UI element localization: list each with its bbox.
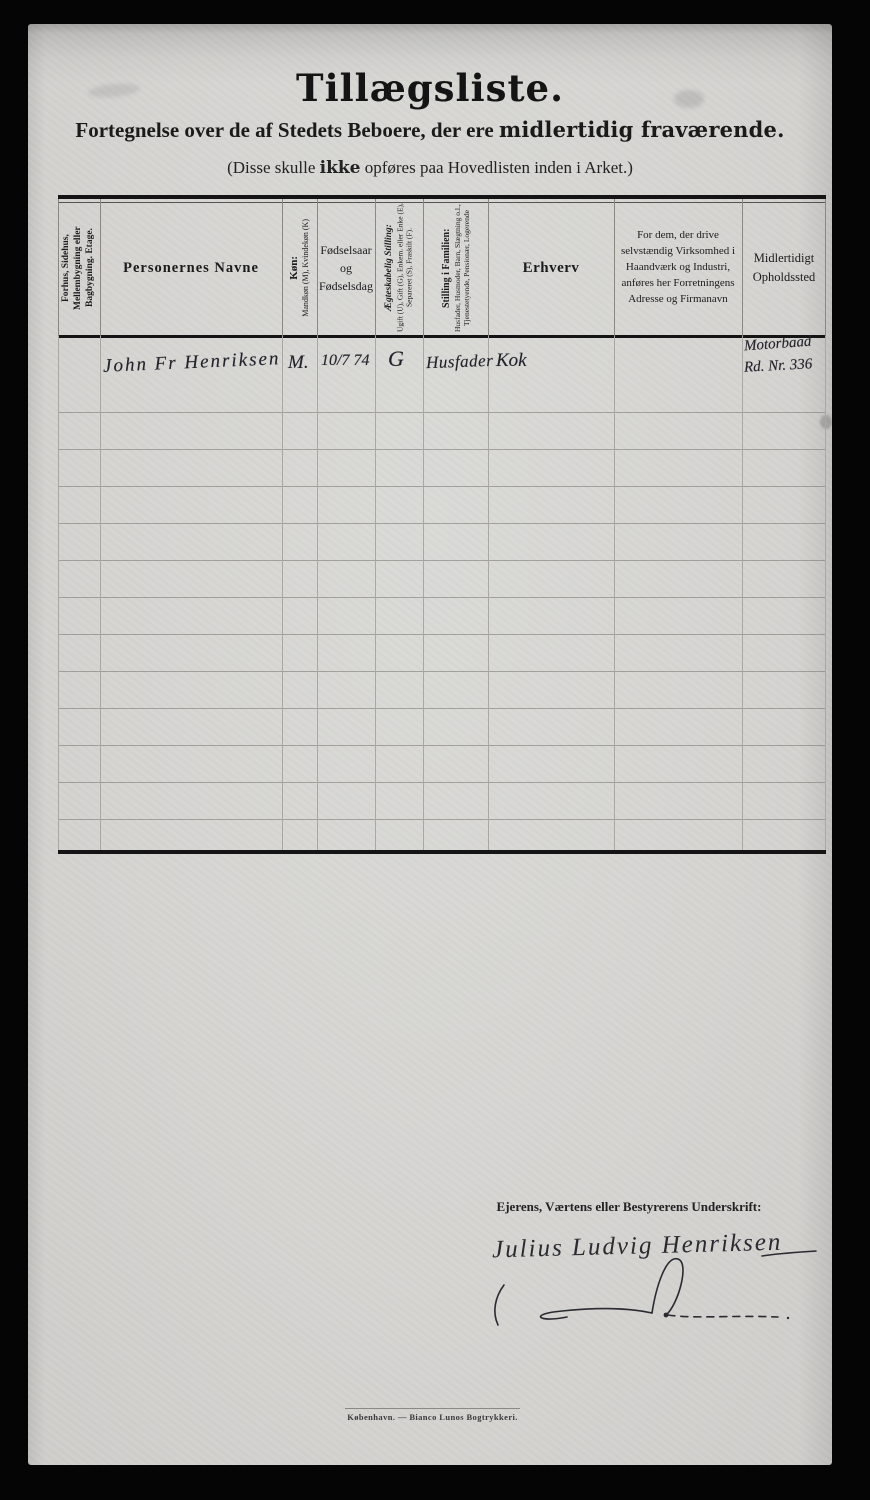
subtitle-regular: Fortegnelse over de af Stedets Beboere, … xyxy=(75,118,499,142)
col-header-kon: Køn: Mandkøn (M), Kvindekøn (K) xyxy=(283,200,316,336)
table-bottom-rule xyxy=(58,850,826,854)
row1-sex: M. xyxy=(288,352,309,374)
col-header-erhverv: Erhverv xyxy=(489,200,613,336)
row1-marital-status: G xyxy=(388,346,404,372)
col-header-stilling: Stilling i Familien: Husfader, Husmoder,… xyxy=(424,200,487,336)
col-header-fodsel: Fødselsaar og Fødselsdag xyxy=(318,200,374,336)
col-header-opholdssted: Midlertidigt Opholdssted xyxy=(743,200,825,336)
scanned-census-page: Tillægsliste. Fortegnelse over de af Ste… xyxy=(0,0,870,1500)
signature-label: Ejerens, Værtens eller Bestyrerens Under… xyxy=(469,1199,789,1215)
row1-family-position: Husfader xyxy=(426,351,494,373)
page-note: (Disse skulle ikke opføres paa Hovedlist… xyxy=(28,158,832,178)
col-header-aegteskab: Ægteskabelig Stilling: Ugift (U), Gift (… xyxy=(376,200,422,336)
row1-whereabouts-line2: Rd. Nr. 336 xyxy=(744,356,813,377)
col-header-virksomhed: For dem, der drive selvstændig Virksomhe… xyxy=(615,200,741,336)
printer-imprint: København. — Bianco Lunos Bogtrykkeri. xyxy=(345,1408,520,1422)
note-suffix: opføres paa Hovedlisten inden i Arket.) xyxy=(360,158,632,177)
note-bold: ikke xyxy=(320,158,361,178)
subtitle-bold: midlertidig fraværende. xyxy=(499,117,785,142)
row1-occupation: Kok xyxy=(496,350,527,372)
page-title: Tillægsliste. xyxy=(28,66,832,110)
table-row-lines xyxy=(58,376,826,850)
page-subtitle: Fortegnelse over de af Stedets Beboere, … xyxy=(28,117,832,143)
col-header-bygning: Forhus, Sidehus, Mellembygning eller Bag… xyxy=(59,200,99,336)
table-top-rule xyxy=(58,195,826,199)
col-header-navn: Personernes Navne xyxy=(101,200,281,336)
table-column-divider xyxy=(825,199,826,850)
signature-flourish xyxy=(470,1225,820,1340)
note-prefix: (Disse skulle xyxy=(227,158,320,177)
row1-birthdate: 10/7 74 xyxy=(321,352,369,370)
